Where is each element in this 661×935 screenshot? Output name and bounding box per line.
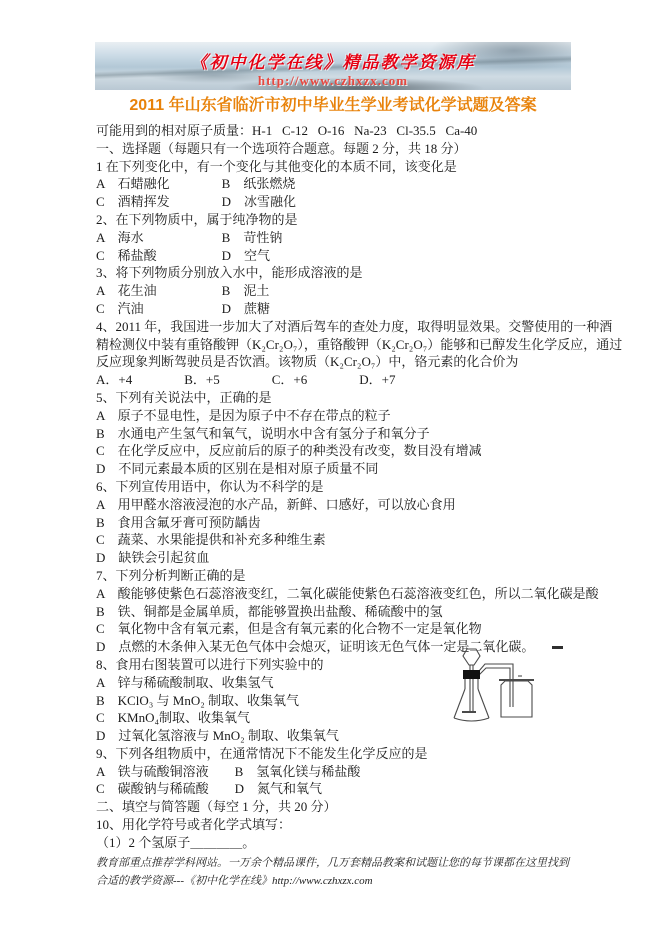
gas-preparation-apparatus-figure <box>452 646 548 739</box>
text-line: 10、用化学符号或者化学式填写： <box>96 816 596 834</box>
text-line: 2、在下列物质中，属于纯净物的是 <box>96 211 596 229</box>
text-line: D 不同元素最本质的区别在是相对原子质量不同 <box>96 460 596 478</box>
text-line: 5、下列有关说法中，正确的是 <box>96 389 596 407</box>
text-line: 7、下列分析判断正确的是 <box>96 567 596 585</box>
text-line: B 食用含氟牙膏可预防龋齿 <box>96 514 596 532</box>
text-line: 一、选择题（每题只有一个选项符合题意。每题 2 分，共 18 分） <box>96 140 596 158</box>
text-line: 精检测仪中装有重铬酸钾（K₂Cr₂O₇），重铬酸钾（K₂Cr₂O₇）能够和已醇发… <box>96 336 596 354</box>
text-line: 二、填空与简答题（每空 1 分，共 20 分） <box>96 798 596 816</box>
scan-artifact-dash <box>552 646 563 649</box>
stopper-shape <box>463 670 480 679</box>
text-line: D 缺铁会引起贫血 <box>96 549 596 567</box>
text-line: A 石蜡融化 B 纸张燃烧 <box>96 175 596 193</box>
text-line: C 氧化物中含有氧元素，但是含有氧元素的化合物不一定是氧化物 <box>96 620 596 638</box>
document-page: 《初中化学在线》精品教学资源库 http://www.czhxzx.com 20… <box>0 0 661 935</box>
text-line: C 在化学反应中，反应前后的原子的种类没有改变，数目没有增减 <box>96 442 596 460</box>
document-lines: 可能用到的相对原子质量：H-1 C-12 O-16 Na-23 Cl-35.5 … <box>96 122 596 852</box>
text-line: 6、下列宣传用语中，你认为不科学的是 <box>96 478 596 496</box>
page-title: 2011 年山东省临沂市初中毕业生学业考试化学试题及答案 <box>95 92 571 115</box>
text-line: A 用甲醛水溶液浸泡的水产品，新鲜、口感好，可以放心食用 <box>96 496 596 514</box>
text-line: A 酸能够使紫色石蕊溶液变红，二氧化碳能使紫色石蕊溶液变红色，所以二氧化碳是酸 <box>96 585 596 603</box>
text-line: C 汽油 D 蔗糖 <box>96 300 596 318</box>
text-line: B 铁、铜都是金属单质，都能够置换出盐酸、稀硫酸中的氢 <box>96 603 596 621</box>
text-line: A．+4 B．+5 C．+6 D．+7 <box>96 371 596 389</box>
text-line: A 原子不显电性，是因为原子中不存在带点的粒子 <box>96 407 596 425</box>
text-line: 可能用到的相对原子质量：H-1 C-12 O-16 Na-23 Cl-35.5 … <box>96 122 596 140</box>
text-line: C 稀盐酸 D 空气 <box>96 247 596 265</box>
text-line: 3、将下列物质分别放入水中，能形成溶液的是 <box>96 264 596 282</box>
text-line: 9、下列各组物质中，在通常情况下不能发生化学反应的是 <box>96 745 596 763</box>
footer-text: 教育部重点推荐学科网站。一万余个精品课件，几万套精品教案和试题让您的每节课都在这… <box>96 855 574 890</box>
banner-title: 《初中化学在线》精品教学资源库 <box>95 42 571 73</box>
text-line: B 水通电产生氢气和氧气，说明水中含有氢分子和氧分子 <box>96 425 596 443</box>
text-line: C 酒精挥发 D 冰雪融化 <box>96 193 596 211</box>
site-banner: 《初中化学在线》精品教学资源库 http://www.czhxzx.com <box>95 42 571 90</box>
banner-url: http://www.czhxzx.com <box>95 73 571 89</box>
text-line: A 花生油 B 泥土 <box>96 282 596 300</box>
text-line: A 铁与硫酸铜溶液 B 氢氧化镁与稀盐酸 <box>96 763 596 781</box>
text-line: C 蔬菜、水果能提供和补充多种维生素 <box>96 531 596 549</box>
text-line: C 碳酸钠与稀硫酸 D 氮气和氧气 <box>96 780 596 798</box>
text-line: 反应现象判断驾驶员是否饮酒。该物质（K₂Cr₂O₇）中，铬元素的化合价为 <box>96 353 596 371</box>
text-line: 1 在下列变化中，有一个变化与其他变化的本质不同，该变化是 <box>96 158 596 176</box>
gas-preparation-apparatus-icon <box>452 646 548 739</box>
text-line: A 海水 B 苛性钠 <box>96 229 596 247</box>
text-line: （1）2 个氢原子＿＿＿＿。 <box>96 834 596 852</box>
text-line: 4、2011 年，我国进一步加大了对酒后驾车的查处力度，取得明显效果。交警使用的… <box>96 318 596 336</box>
